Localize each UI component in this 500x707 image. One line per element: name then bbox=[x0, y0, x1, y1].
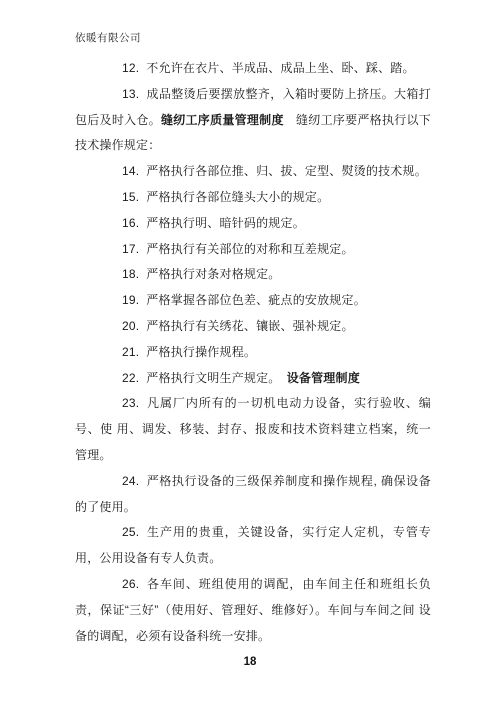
list-item-14: 14.严格执行各部位推、归、拔、定型、熨烫的技术规。 bbox=[75, 159, 431, 185]
document-body: 12.不允许在衣片、半成品、成品上坐、卧、踩、踏。 13.成品整烫后要摆放整齐，… bbox=[75, 56, 431, 649]
inline-heading-equipment-management: 设备管理制度 bbox=[275, 371, 360, 385]
list-item-21: 21.严格执行操作规程。 bbox=[75, 340, 431, 366]
item-text: 严格掌握各部位色差、疵点的安放规定。 bbox=[146, 293, 366, 307]
list-item-25: 25.生产用的贵重，关键设备，实行定人定机，专管专用，公用设备有专人负责。 bbox=[75, 520, 431, 572]
item-text: 严格执行对条对格规定。 bbox=[146, 267, 280, 281]
list-item-23: 23.凡属厂内所有的一切机电动力设备，实行验收、编号、使 用、调发、移装、封存、… bbox=[75, 391, 431, 468]
item-text: 严格执行各部位缝头大小的规定。 bbox=[146, 190, 329, 204]
item-text: 严格执行有关部位的对称和互差规定。 bbox=[146, 242, 353, 256]
list-item-16: 16.严格执行明、暗针码的规定。 bbox=[75, 211, 431, 237]
item-text: 不允许在衣片、半成品、成品上坐、卧、踩、踏。 bbox=[146, 61, 414, 75]
list-item-18: 18.严格执行对条对格规定。 bbox=[75, 262, 431, 288]
list-item-12: 12.不允许在衣片、半成品、成品上坐、卧、踩、踏。 bbox=[75, 56, 431, 82]
item-number: 21. bbox=[122, 345, 146, 359]
list-item-19: 19.严格掌握各部位色差、疵点的安放规定。 bbox=[75, 288, 431, 314]
item-number: 26. bbox=[122, 577, 146, 591]
item-text: 严格执行明、暗针码的规定。 bbox=[146, 216, 305, 230]
item-number: 22. bbox=[122, 371, 146, 385]
item-number: 25. bbox=[122, 525, 146, 539]
item-number: 23. bbox=[122, 396, 146, 410]
item-number: 12. bbox=[122, 61, 146, 75]
list-item-13: 13.成品整烫后要摆放整齐，入箱时要防上挤压。大箱打包后及时入仓。缝纫工序质量管… bbox=[75, 82, 431, 159]
list-item-24: 24.严格执行设备的三级保养制度和操作规程, 确保设备的了使用。 bbox=[75, 469, 431, 521]
item-text: 严格执行有关绣花、镶嵌、强补规定。 bbox=[146, 319, 353, 333]
item-number: 17. bbox=[122, 242, 146, 256]
list-item-17: 17.严格执行有关部位的对称和互差规定。 bbox=[75, 237, 431, 263]
item-number: 19. bbox=[122, 293, 146, 307]
item-number: 24. bbox=[122, 474, 146, 488]
list-item-22: 22.严格执行文明生产规定。 设备管理制度 bbox=[75, 366, 431, 392]
list-item-20: 20.严格执行有关绣花、镶嵌、强补规定。 bbox=[75, 314, 431, 340]
item-text: 严格执行文明生产规定。 bbox=[146, 371, 274, 385]
document-page: 依暖有限公司 12.不允许在衣片、半成品、成品上坐、卧、踩、踏。 13.成品整烫… bbox=[0, 0, 500, 707]
page-number: 18 bbox=[0, 656, 500, 668]
item-text: 严格执行各部位推、归、拔、定型、熨烫的技术规。 bbox=[146, 164, 427, 178]
item-number: 15. bbox=[122, 190, 146, 204]
company-header: 依暖有限公司 bbox=[75, 31, 141, 46]
inline-heading-sewing-quality: 缝纫工序质量管理制度 bbox=[161, 113, 284, 127]
list-item-15: 15.严格执行各部位缝头大小的规定。 bbox=[75, 185, 431, 211]
item-number: 20. bbox=[122, 319, 146, 333]
item-text: 严格执行操作规程。 bbox=[146, 345, 256, 359]
item-number: 18. bbox=[122, 267, 146, 281]
item-number: 14. bbox=[122, 164, 146, 178]
list-item-26: 26.各车间、班组使用的调配，由车间主任和班组长负责，保证“三好”（使用好、管理… bbox=[75, 572, 431, 649]
item-number: 16. bbox=[122, 216, 146, 230]
item-number: 13. bbox=[122, 87, 146, 101]
